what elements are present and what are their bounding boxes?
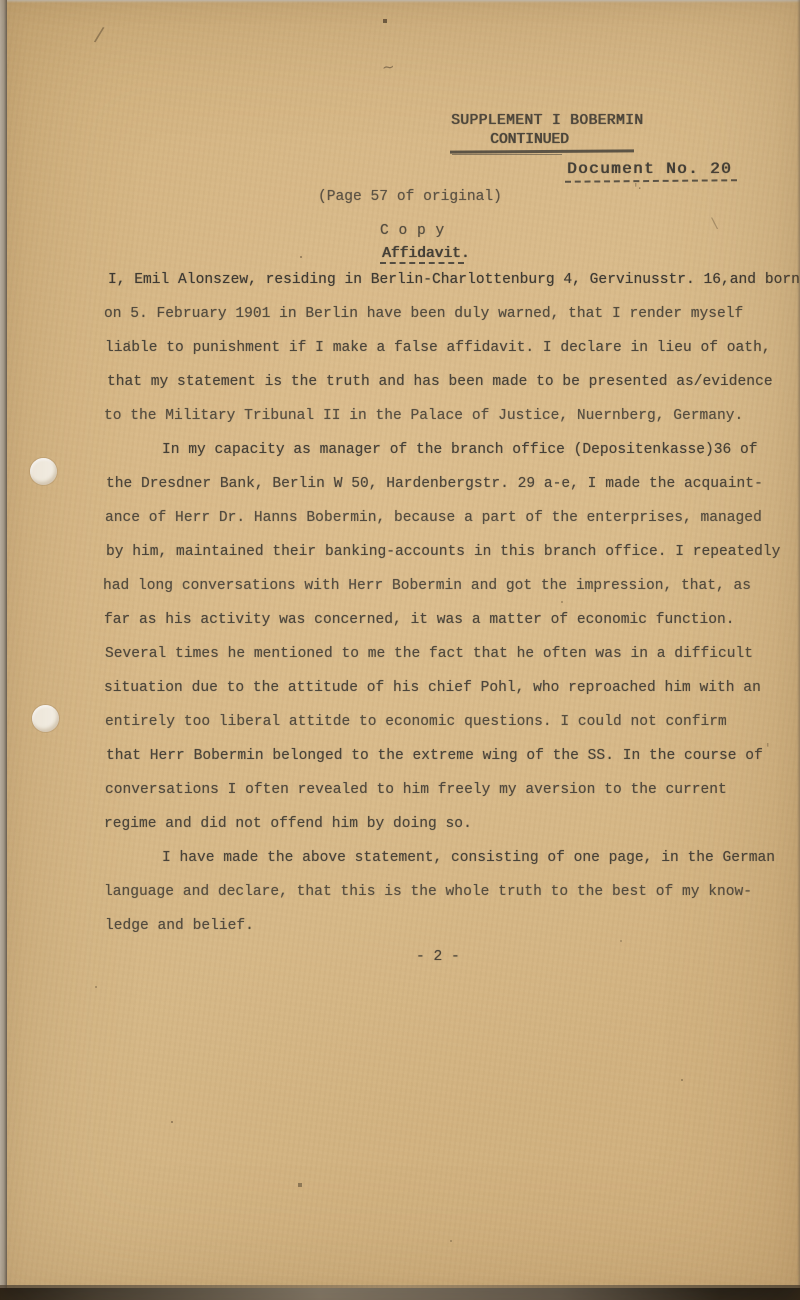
pencil-mark: \ [710, 214, 718, 233]
body-line: to the Military Tribunal II in the Palac… [104, 399, 800, 433]
body-line: language and declare, that this is the w… [104, 875, 800, 909]
copy-label: C o p y [380, 222, 445, 240]
body-line: the Dresdner Bank, Berlin W 50, Hardenbe… [106, 467, 800, 501]
body-line: liable to punishment if I make a false a… [105, 331, 800, 365]
body-line: ance of Herr Dr. Hanns Bobermin, because… [105, 501, 800, 535]
body-line: far as his activity was concerned, it wa… [104, 603, 800, 637]
supplement-header-line2: CONTINUED [490, 131, 569, 149]
body-line: that Herr Bobermin belonged to the extre… [106, 739, 800, 773]
document-number-dashed-underline [565, 179, 737, 183]
pencil-mark: / [93, 22, 105, 47]
pencil-mark: '· [634, 182, 642, 197]
body-line: situation due to the attitude of his chi… [104, 671, 800, 705]
original-page-reference: (Page 57 of original) [318, 188, 502, 206]
body-line: conversations I often revealed to him fr… [105, 773, 800, 807]
scan-edge-top [0, 0, 800, 3]
header-underline [450, 149, 634, 153]
header-underline-double [452, 154, 562, 155]
page-number: - 2 - [416, 948, 460, 966]
paper-specks [0, 0, 2, 2]
scan-edge-bottom [0, 1288, 800, 1300]
punch-hole-bottom [32, 705, 59, 732]
body-line: I, Emil Alonszew, residing in Berlin-Cha… [108, 263, 800, 297]
body-line: I have made the above statement, consist… [108, 841, 800, 875]
body-line: Several times he mentioned to me the fac… [105, 637, 800, 671]
body-line: had long conversations with Herr Bobermi… [103, 569, 800, 603]
body-line: that my statement is the truth and has b… [107, 365, 800, 399]
pencil-mark: ' [766, 742, 770, 757]
supplement-header-line1: SUPPLEMENT I BOBERMIN [451, 112, 643, 130]
scanned-affidavit-page: SUPPLEMENT I BOBERMIN CONTINUED Document… [0, 0, 800, 1300]
scan-edge-left [0, 0, 7, 1300]
body-line: entirely too liberal attitde to economic… [105, 705, 800, 739]
body-line: on 5. February 1901 in Berlin have been … [104, 297, 800, 331]
body-line: regime and did not offend him by doing s… [104, 807, 800, 841]
body-line: In my capacity as manager of the branch … [108, 433, 800, 467]
body-line: by him, maintained their banking-account… [106, 535, 800, 569]
document-number: Document No. 20 [567, 160, 732, 178]
body-lines: I, Emil Alonszew, residing in Berlin-Cha… [108, 263, 800, 943]
pencil-mark: ~ [381, 57, 395, 76]
document-title: Affidavit. [382, 245, 470, 263]
punch-hole-top [30, 458, 57, 485]
body-line: ledge and belief. [105, 909, 800, 943]
